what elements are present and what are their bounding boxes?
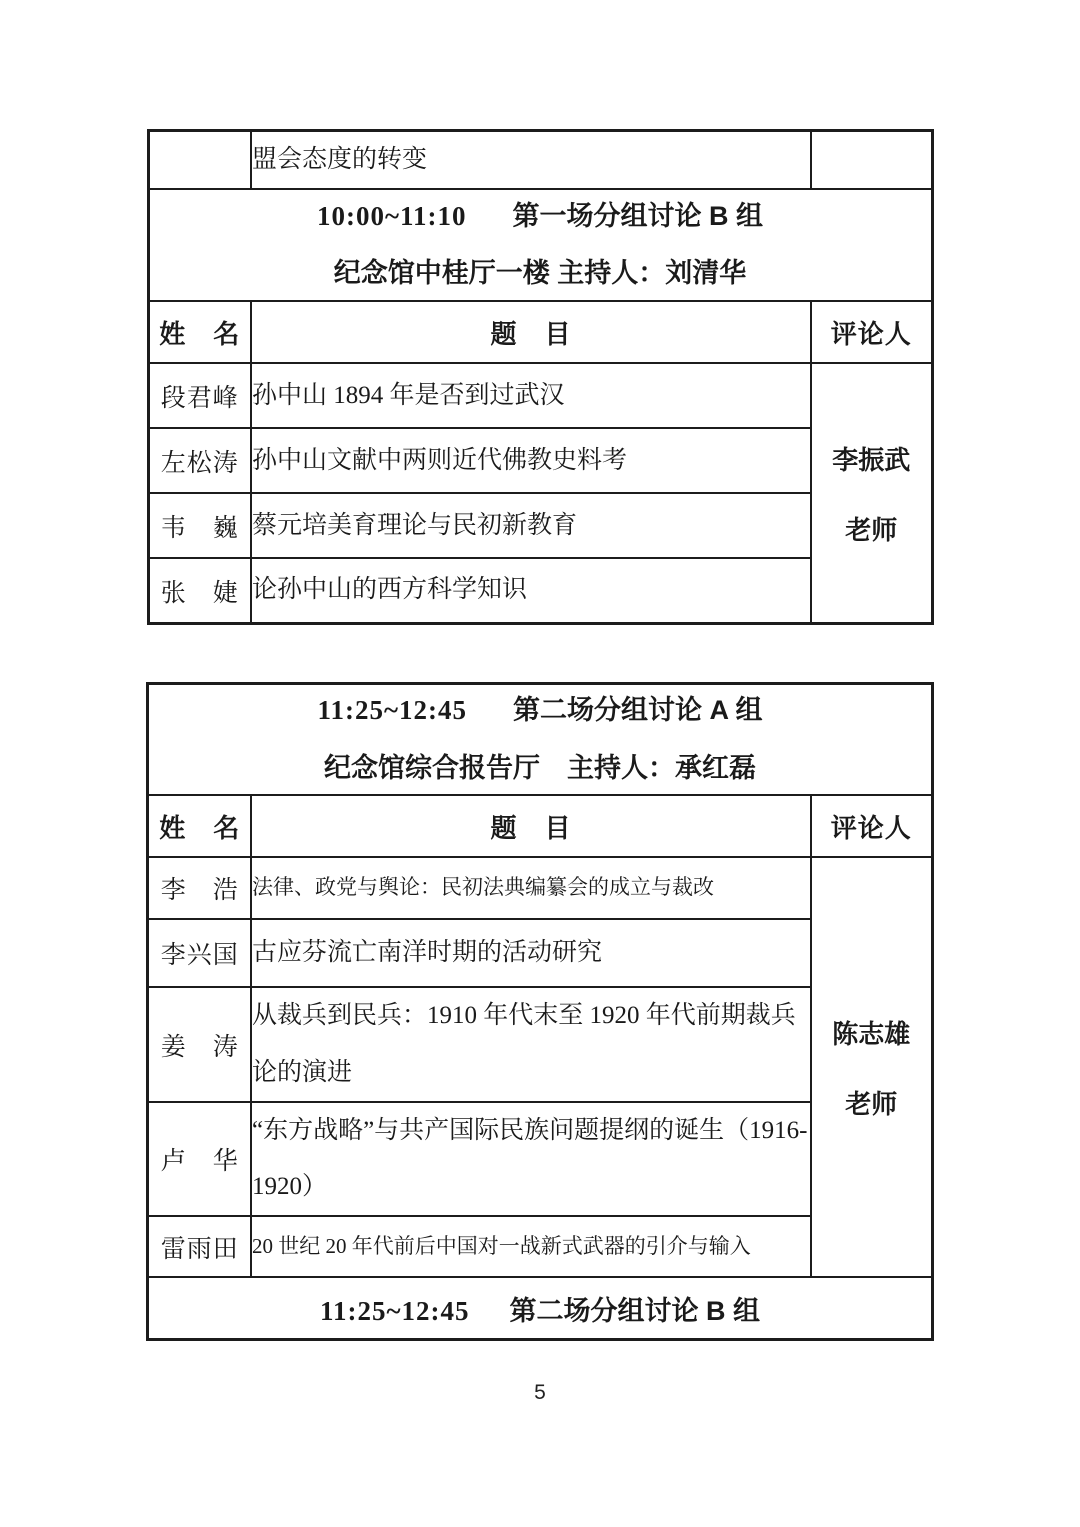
paper-title-cell: 从裁兵到民兵：1910 年代末至 1920 年代前期裁兵论的演进 [251,987,811,1102]
session-venue-host: 纪念馆中桂厅一楼 主持人：刘清华 [150,257,931,291]
column-header-commenter: 评论人 [811,301,932,363]
session-time: 10:00~11:10 [317,201,467,231]
session-header-cell: 10:00~11:10第一场分组讨论 B 组 纪念馆中桂厅一楼 主持人：刘清华 [148,189,932,301]
column-header-name: 姓 名 [148,795,251,857]
column-header-row: 姓 名 题 目 评论人 [148,301,932,363]
column-header-name: 姓 名 [148,301,251,363]
presenter-name-cell: 李 浩 [148,857,251,919]
next-session-header-cell: 11:25~12:45第二场分组讨论 B 组 [148,1277,932,1339]
presenter-name-cell: 卢 华 [148,1102,251,1217]
commenter-name: 陈志雄 [812,1014,931,1051]
commenter-cell: 李振武 老师 [811,363,932,623]
paper-title-cell: 蔡元培美育理论与民初新教育 [251,493,811,558]
next-session-row: 11:25~12:45第二场分组讨论 B 组 [148,1277,932,1339]
paper-title-cell: 孙中山文献中两则近代佛教史料考 [251,428,811,493]
session-header-row: 11:25~12:45第二场分组讨论 A 组 纪念馆综合报告厅 主持人：承红磊 [148,683,932,795]
schedule-table-session-1b: 盟会态度的转变 10:00~11:10第一场分组讨论 B 组 纪念馆中桂厅一楼 … [147,129,934,625]
session-header-line1: 10:00~11:10第一场分组讨论 B 组 [150,200,931,234]
table-row: 段君峰 孙中山 1894 年是否到过武汉 李振武 老师 [148,363,932,428]
session-header-cell: 11:25~12:45第二场分组讨论 A 组 纪念馆综合报告厅 主持人：承红磊 [148,683,932,795]
column-header-title: 题 目 [251,795,811,857]
document-page: 盟会态度的转变 10:00~11:10第一场分组讨论 B 组 纪念馆中桂厅一楼 … [0,0,1080,1527]
next-session-group-title: 第二场分组讨论 B 组 [510,1296,761,1326]
commenter-name: 李振武 [812,440,931,477]
paper-title-cell: 20 世纪 20 年代前后中国对一战新式武器的引介与输入 [251,1216,811,1277]
presenter-name-cell: 李兴国 [148,919,251,987]
presenter-name-cell: 韦 巍 [148,493,251,558]
schedule-table-session-2a: 11:25~12:45第二场分组讨论 A 组 纪念馆综合报告厅 主持人：承红磊 … [146,682,933,1341]
commenter-suffix: 老师 [812,510,931,547]
next-session-time: 11:25~12:45 [320,1296,470,1326]
paper-title-cell: “东方战略”与共产国际民族问题提纲的诞生（1916-1920） [251,1102,811,1217]
paper-title-cell: 法律、政党与舆论：民初法典编纂会的成立与裁改 [251,857,811,919]
session-time: 11:25~12:45 [317,695,467,725]
carryover-title-cell: 盟会态度的转变 [251,131,811,190]
session-group-title: 第一场分组讨论 B 组 [513,201,764,231]
carryover-name-cell [148,131,251,190]
session-header-line1: 11:25~12:45第二场分组讨论 A 组 [149,694,930,728]
presenter-name-cell: 段君峰 [148,363,251,428]
presenter-name-cell: 雷雨田 [148,1216,251,1277]
carryover-row: 盟会态度的转变 [148,131,932,190]
paper-title-cell: 古应芬流亡南洋时期的活动研究 [251,919,811,987]
session-venue-host: 纪念馆综合报告厅 主持人：承红磊 [149,752,930,786]
presenter-name-cell: 左松涛 [148,428,251,493]
table-row: 李 浩 法律、政党与舆论：民初法典编纂会的成立与裁改 陈志雄 老师 [148,857,932,919]
commenter-cell: 陈志雄 老师 [811,857,932,1277]
paper-title-cell: 论孙中山的西方科学知识 [251,558,811,623]
commenter-suffix: 老师 [812,1084,931,1121]
presenter-name-cell: 姜 涛 [148,987,251,1102]
presenter-name-cell: 张 婕 [148,558,251,623]
session-group-title: 第二场分组讨论 A 组 [513,695,763,725]
session-header-row: 10:00~11:10第一场分组讨论 B 组 纪念馆中桂厅一楼 主持人：刘清华 [148,189,932,301]
page-number: 5 [0,1381,1080,1405]
column-header-row: 姓 名 题 目 评论人 [148,795,932,857]
column-header-commenter: 评论人 [811,795,932,857]
carryover-commenter-cell [811,131,932,190]
paper-title-cell: 孙中山 1894 年是否到过武汉 [251,363,811,428]
column-header-title: 题 目 [251,301,811,363]
